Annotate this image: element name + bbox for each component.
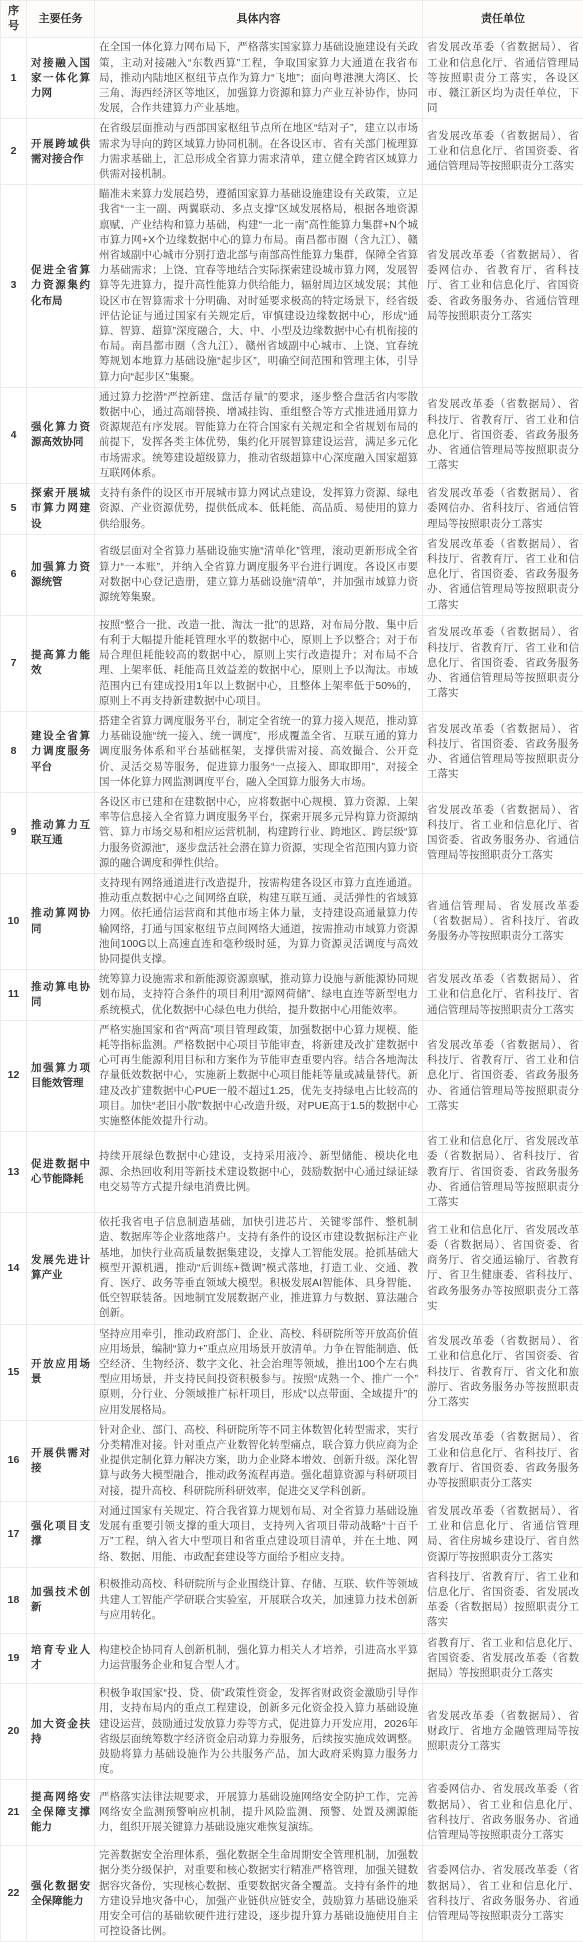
row-number-cell: 10: [1, 873, 27, 969]
task-cell: 加大资金扶持: [27, 1684, 95, 1780]
content-cell: 积极推动高校、科研院所与企业围绕计算、存储、互联、软件等领域共建人工智能产学研联…: [95, 1567, 423, 1633]
unit-cell: 省发展改革委（省数据局）、省委网信办、省教育厅、省科技厅、省工业和信息化厅、省国…: [423, 185, 583, 388]
table-row: 4强化算力资源高效协同通过算力挖潜“严控新建、盘活存量”的要求，逐步整合盘活省内…: [1, 387, 583, 483]
table-row: 6加强算力资源统管省级层面对全省算力基础设施实施“清单化”管理，滚动更新形成全省…: [1, 534, 583, 615]
row-number-cell: 4: [1, 387, 27, 483]
table-row: 13促进数据中心节能降耗持续开展绿色数据中心建设，支持采用液冷、新型储能、模块化…: [1, 1132, 583, 1213]
content-cell: 省级层面对全省算力基础设施实施“清单化”管理，滚动更新形成全省算力“一本账”，并…: [95, 534, 423, 615]
row-number-cell: 18: [1, 1567, 27, 1633]
content-cell: 完善数据安全治理体系，强化数据全生命周期安全管理机制，加强数据分类分级保护，对重…: [95, 1846, 423, 1942]
unit-cell: 省发展改革委（省数据局）、省工业和信息化厅、省国资委、省科技厅、省教育厅、省文化…: [423, 1324, 583, 1420]
unit-cell: 省发展改革委（省数据局）、省工业和信息化厅、省科技厅、省通信管理局等按照职责分工…: [423, 970, 583, 1021]
unit-cell: 省发展改革委（省数据局）、省科技厅、省教育厅、省工业和信息化厅、省国资委、省政务…: [423, 387, 583, 483]
content-cell: 统筹算力设施需求和新能源资源禀赋，推动算力设施与新能源协同规划布局，支持符合条件…: [95, 970, 423, 1021]
task-cell: 推动算电协同: [27, 970, 95, 1021]
table-row: 8建设全省算力调度服务平台搭建全省算力调度服务平台，制定全省统一的算力接入规范，…: [1, 711, 583, 792]
task-cell: 推动算力互联互通: [27, 792, 95, 873]
content-cell: 严格落实法律法规要求，开展算力基础设施网络安全防护工作，完善网络安全监测预警响应…: [95, 1780, 423, 1846]
row-number-cell: 11: [1, 970, 27, 1021]
table-row: 17强化项目支撑对通过国家有关规定、符合我省算力规划布局、对全省算力基础设施发展…: [1, 1501, 583, 1567]
unit-cell: 省发展改革委（省数据局）、省科技厅、省国资委、省政务服务办、省通信管理局等按照职…: [423, 711, 583, 792]
table-row: 21提高网络安全保障支撑能力严格落实法律法规要求，开展算力基础设施网络安全防护工…: [1, 1780, 583, 1846]
content-cell: 对通过国家有关规定、符合我省算力规划布局、对全省算力基础设施发展有重要引领支撑的…: [95, 1501, 423, 1567]
header-cell-content: 具体内容: [95, 1, 423, 38]
content-cell: 按照“整合一批、改造一批、淘汰一批”的思路，对布局分散、集中后有利于大幅提升能耗…: [95, 615, 423, 711]
content-cell: 搭建全省算力调度服务平台，制定全省统一的算力接入规范，推动算力基础设施“统一接入…: [95, 711, 423, 792]
table-row: 9推动算力互联互通各设区市已建和在建数据中心，应将数据中心规模、算力资源、上架率…: [1, 792, 583, 873]
row-number-cell: 17: [1, 1501, 27, 1567]
row-number-cell: 19: [1, 1633, 27, 1684]
unit-cell: 省发展改革委（省数据局）、省科技厅、省教育厅、省工业和信息化厅、省国资委、省政务…: [423, 1020, 583, 1131]
table-row: 12加强算力项目能效管理严格实施国家和省“两高”项目管理政策，加强数据中心算力规…: [1, 1020, 583, 1131]
task-cell: 建设全省算力调度服务平台: [27, 711, 95, 792]
task-cell: 加强技术创新: [27, 1567, 95, 1633]
unit-cell: 省工业和信息化厅、省发展改革委（省数据局）、省国资委、省商务厅、省交通运输厅、省…: [423, 1213, 583, 1324]
unit-cell: 省发展改革委（省数据局）、省科技厅、省工业和信息化厅、省国资委、省政务服务办、省…: [423, 792, 583, 873]
row-number-cell: 1: [1, 38, 27, 119]
table-row: 10推动算网协同支持现有网络通道进行改造提升，按需构建各设区市算力直连通道。推动…: [1, 873, 583, 969]
row-number-cell: 22: [1, 1846, 27, 1942]
content-cell: 各设区市已建和在建数据中心，应将数据中心规模、算力资源、上架率等信息接入全省算力…: [95, 792, 423, 873]
header-cell-unit: 责任单位: [423, 1, 583, 38]
row-number-cell: 14: [1, 1213, 27, 1324]
task-cell: 培育专业人才: [27, 1633, 95, 1684]
unit-cell: 省科技厅、省教育厅、省工业和信息化厅、省国资委、省发展改革委（省数据局）按照职责…: [423, 1567, 583, 1633]
header-cell-task: 主要任务: [27, 1, 95, 38]
table-row: 18加强技术创新积极推动高校、科研院所与企业围绕计算、存储、互联、软件等领域共建…: [1, 1567, 583, 1633]
unit-cell: 省发展改革委（省数据局）、省科技厅、省教育厅、省工业和信息化厅、省国资委、省政务…: [423, 534, 583, 615]
content-cell: 瞄准未来算力发展趋势，遵循国家算力基础设施建设有关政策，立足我省“一主一副、两翼…: [95, 185, 423, 388]
table-row: 16开展供需对接针对企业、部门、高校、科研院所等不同主体数智化转型需求，实行分类…: [1, 1420, 583, 1501]
table-row: 2开展跨域供需对接合作在省级层面推动与西部国家枢纽节点所在地区“结对子”，建立以…: [1, 119, 583, 185]
unit-cell: 省委网信办、省发展改革委（省数据局）、省工业和信息化厅、省科技厅、省政务服务办、…: [423, 1780, 583, 1846]
unit-cell: 省发展改革委（省数据局）、省财政厅、省地方金融管理局等按照职责分工落实: [423, 1684, 583, 1780]
task-cell: 促进全省算力资源集约化布局: [27, 185, 95, 388]
table-row: 11推动算电协同统筹算力设施需求和新能源资源禀赋，推动算力设施与新能源协同规划布…: [1, 970, 583, 1021]
table-row: 15开放应用场景坚持应用牵引，推动政府部门、企业、高校、科研院所等开放高价值应用…: [1, 1324, 583, 1420]
row-number-cell: 21: [1, 1780, 27, 1846]
task-cell: 强化项目支撑: [27, 1501, 95, 1567]
row-number-cell: 8: [1, 711, 27, 792]
row-number-cell: 20: [1, 1684, 27, 1780]
unit-cell: 省发展改革委（省数据局）、省委网信办、省科技厅、省通信管理局等按照职责分工落实: [423, 484, 583, 535]
task-cell: 加强算力资源统管: [27, 534, 95, 615]
content-cell: 持续开展绿色数据中心建设，支持采用液冷、新型储能、模块化电源、余热回收利用等新技…: [95, 1132, 423, 1213]
task-table: 序号 主要任务 具体内容 责任单位 1对接融入国家一体化算力网在全国一体化算力网…: [0, 0, 583, 1942]
table-row: 5探索开展城市算力网建设支持有条件的设区市开展城市算力网试点建设，发挥算力资源、…: [1, 484, 583, 535]
row-number-cell: 2: [1, 119, 27, 185]
row-number-cell: 3: [1, 185, 27, 388]
content-cell: 严格实施国家和省“两高”项目管理政策，加强数据中心算力规模、能耗等指标监测。严格…: [95, 1020, 423, 1131]
task-cell: 开展跨域供需对接合作: [27, 119, 95, 185]
task-cell: 加强算力项目能效管理: [27, 1020, 95, 1131]
task-cell: 开展供需对接: [27, 1420, 95, 1501]
unit-cell: 省教育厅、省工业和信息化厅、省国资委、省发展改革委（省数据局）等按照职责分工落实: [423, 1633, 583, 1684]
content-cell: 依托我省电子信息制造基础，加快引进芯片、关键零部件、整机制造、数据库等企业落地落…: [95, 1213, 423, 1324]
table-row: 7提高算力能效按照“整合一批、改造一批、淘汰一批”的思路，对布局分散、集中后有利…: [1, 615, 583, 711]
row-number-cell: 9: [1, 792, 27, 873]
task-cell: 对接融入国家一体化算力网: [27, 38, 95, 119]
content-cell: 针对企业、部门、高校、科研院所等不同主体数智化转型需求，实行分类精准对接。针对重…: [95, 1420, 423, 1501]
task-cell: 探索开展城市算力网建设: [27, 484, 95, 535]
unit-cell: 省发展改革委（省数据局）、省工业和信息化厅、省国资委、省通信管理局等按照职责分工…: [423, 119, 583, 185]
row-number-cell: 5: [1, 484, 27, 535]
unit-cell: 省发展改革委（省数据局）、省工业和信息化厅、省通信管理局、省住房城乡建设厅、省自…: [423, 1501, 583, 1567]
table-row: 14发展先进计算产业依托我省电子信息制造基础，加快引进芯片、关键零部件、整机制造…: [1, 1213, 583, 1324]
unit-cell: 省发展改革委（省数据局）、省工业和信息化厅、省科技厅、省教育厅、省国资委、省政务…: [423, 1420, 583, 1501]
header-cell-num: 序号: [1, 1, 27, 38]
row-number-cell: 12: [1, 1020, 27, 1131]
task-cell: 推动算网协同: [27, 873, 95, 969]
content-cell: 在省级层面推动与西部国家枢纽节点所在地区“结对子”，建立以市场需求为导向的跨区域…: [95, 119, 423, 185]
content-cell: 积极争取国家“投、贷、债”政策性资金，发挥省财政资金激励引导作用，支持布局内的重…: [95, 1684, 423, 1780]
unit-cell: 省发展改革委（省数据局）、省科技厅、省教育厅、省工业和信息化厅、省国资委、省政务…: [423, 615, 583, 711]
table-row: 19培育专业人才构建校企协同育人创新机制，强化算力相关人才培养，引进高水平算力运…: [1, 1633, 583, 1684]
content-cell: 坚持应用牵引，推动政府部门、企业、高校、科研院所等开放高价值应用场景，编制“算力…: [95, 1324, 423, 1420]
content-cell: 支持现有网络通道进行改造提升，按需构建各设区市算力直连通道。推动重点数据中心之间…: [95, 873, 423, 969]
table-header-row: 序号 主要任务 具体内容 责任单位: [1, 1, 583, 38]
unit-cell: 省通信管理局、省发展改革委（省数据局）、省科技厅、省政务服务办等按照职责分工落实: [423, 873, 583, 969]
task-cell: 强化数据安全保障能力: [27, 1846, 95, 1942]
table-row: 22强化数据安全保障能力完善数据安全治理体系，强化数据全生命周期安全管理机制，加…: [1, 1846, 583, 1942]
unit-cell: 省发展改革委（省数据局）、省工业和信息化厅、省通信管理局等按照职责分工落实，各设…: [423, 38, 583, 119]
content-cell: 构建校企协同育人创新机制，强化算力相关人才培养，引进高水平算力运营服务企业和复合…: [95, 1633, 423, 1684]
content-cell: 通过算力挖潜“严控新建、盘活存量”的要求，逐步整合盘活省内零散数据中心，通过高端…: [95, 387, 423, 483]
unit-cell: 省工业和信息化厅、省发展改革委（省数据局）、省科技厅、省教育厅、省国资委、省政务…: [423, 1132, 583, 1213]
table-row: 1对接融入国家一体化算力网在全国一体化算力网布局下，严格落实国家算力基础设施建设…: [1, 38, 583, 119]
row-number-cell: 6: [1, 534, 27, 615]
row-number-cell: 13: [1, 1132, 27, 1213]
unit-cell: 省委网信办、省发展改革委（省数据局）、省工业和信息化厅、省科技厅、省政务服务办、…: [423, 1846, 583, 1942]
row-number-cell: 16: [1, 1420, 27, 1501]
task-cell: 提高算力能效: [27, 615, 95, 711]
task-cell: 提高网络安全保障支撑能力: [27, 1780, 95, 1846]
table-row: 3促进全省算力资源集约化布局瞄准未来算力发展趋势，遵循国家算力基础设施建设有关政…: [1, 185, 583, 388]
row-number-cell: 15: [1, 1324, 27, 1420]
task-cell: 促进数据中心节能降耗: [27, 1132, 95, 1213]
table-row: 20加大资金扶持积极争取国家“投、贷、债”政策性资金，发挥省财政资金激励引导作用…: [1, 1684, 583, 1780]
row-number-cell: 7: [1, 615, 27, 711]
content-cell: 在全国一体化算力网布局下，严格落实国家算力基础设施建设有关政策，主动对接融入“东…: [95, 38, 423, 119]
content-cell: 支持有条件的设区市开展城市算力网试点建设，发挥算力资源、绿电资源、产业资源优势，…: [95, 484, 423, 535]
task-cell: 强化算力资源高效协同: [27, 387, 95, 483]
task-cell: 开放应用场景: [27, 1324, 95, 1420]
task-cell: 发展先进计算产业: [27, 1213, 95, 1324]
